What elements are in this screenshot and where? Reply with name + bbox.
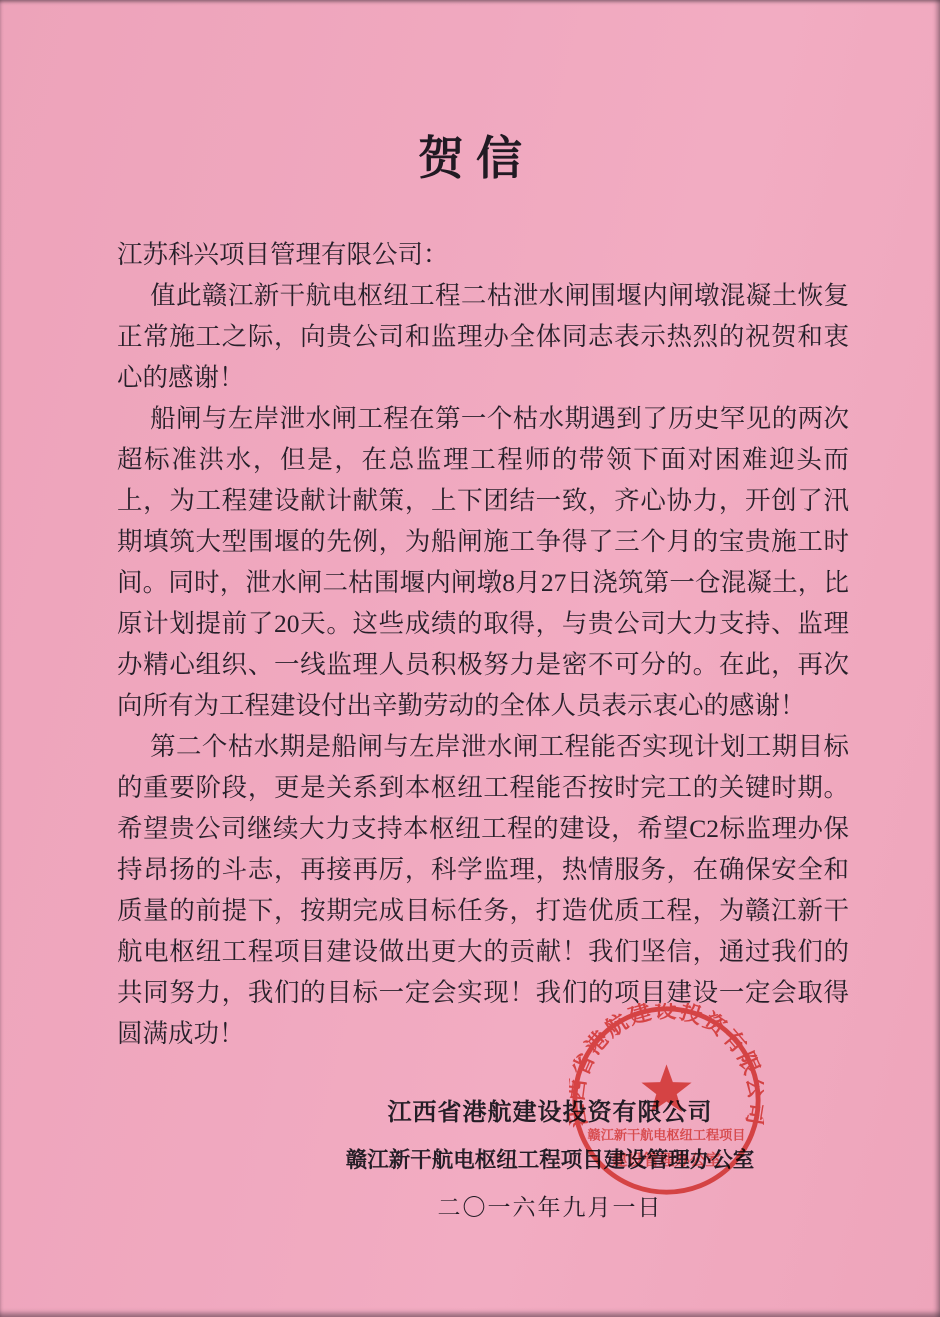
letter-body: 江苏科兴项目管理有限公司： 值此赣江新干航电枢纽工程二枯泄水闸围堰内闸墩混凝土恢… bbox=[117, 234, 849, 1054]
seal-inner-line2: 建设管理办公室 bbox=[612, 1150, 722, 1169]
seal-inner-line1: 赣江新干航电枢纽工程项目 bbox=[588, 1127, 746, 1143]
letter-title: 贺信 bbox=[0, 122, 940, 188]
body-paragraph: 值此赣江新干航电枢纽工程二枯泄水闸围堰内闸墩混凝土恢复正常施工之际，向贵公司和监… bbox=[117, 275, 849, 398]
seal-graphic: 江西省港航建设投资有限公司 赣江新干航电枢纽工程项目 建设管理办公室 bbox=[569, 1003, 764, 1198]
scanned-letter: 贺信 江苏科兴项目管理有限公司： 值此赣江新干航电枢纽工程二枯泄水闸围堰内闸墩混… bbox=[0, 0, 940, 1317]
star-icon bbox=[641, 1064, 691, 1112]
body-paragraph: 船闸与左岸泄水闸工程在第一个枯水期遇到了历史罕见的两次超标准洪水，但是，在总监理… bbox=[117, 398, 849, 726]
recipient-line: 江苏科兴项目管理有限公司： bbox=[117, 234, 849, 275]
company-seal-stamp: 江西省港航建设投资有限公司 赣江新干航电枢纽工程项目 建设管理办公室 bbox=[569, 1003, 764, 1198]
